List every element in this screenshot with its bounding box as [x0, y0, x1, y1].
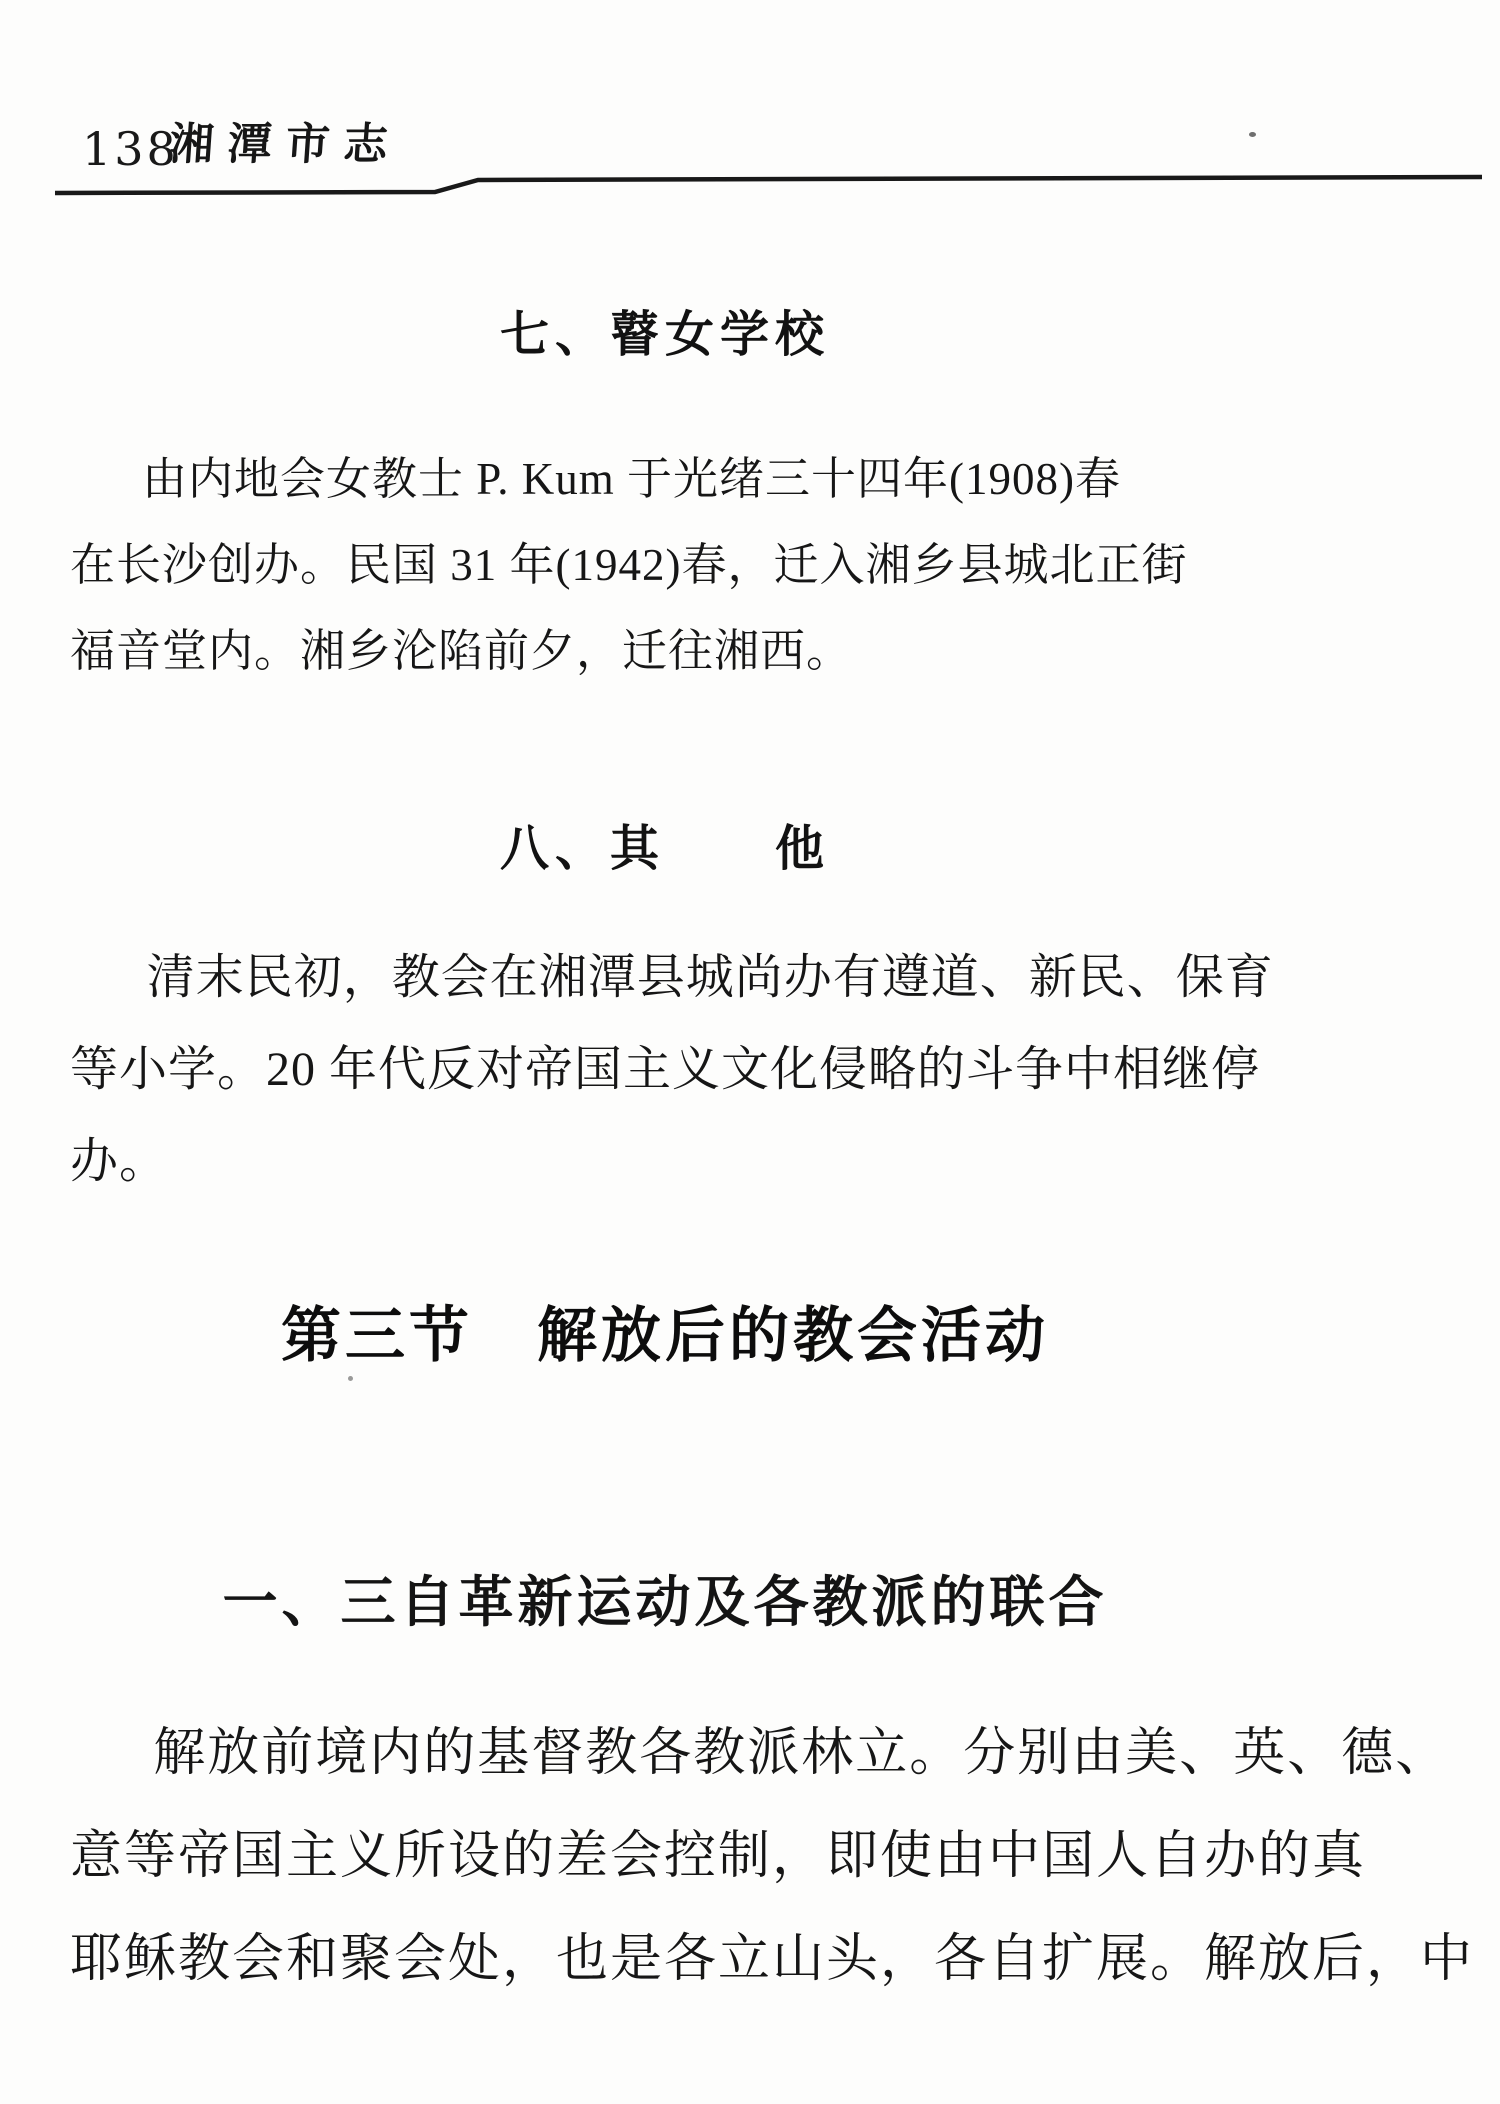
page-number: 138 [82, 122, 179, 176]
body-line: 等小学。20 年代反对帝国主义文化侵略的斗争中相继停 [70, 1024, 1274, 1116]
body-line: 由内地会女教士 P. Kum 于光绪三十四年(1908)春 [70, 436, 1187, 522]
heading-subsection-one: 一、三自革新运动及各教派的联合 [70, 1558, 1260, 1637]
book-title: 湘潭市志 [168, 108, 404, 172]
heading-section-three-title: 第三节 解放后的教会活动 [70, 1288, 1260, 1374]
header-rule [0, 172, 1500, 198]
paragraph-subsection-one: 解放前境内的基督教各教派林立。分别由美、英、德、 意等帝国主义所设的差会控制，即… [70, 1702, 1474, 2011]
body-line: 福音堂内。湘乡沦陷前夕，迁往湘西。 [70, 608, 1187, 694]
scan-speck [1249, 132, 1256, 137]
scanned-book-page: 138 湘潭市志 七、瞽女学校 由内地会女教士 P. Kum 于光绪三十四年(1… [0, 0, 1500, 2104]
body-line: 办。 [70, 1116, 1274, 1208]
body-line: 清末民初，教会在湘潭县城尚办有遵道、新民、保育 [70, 932, 1274, 1024]
body-line: 解放前境内的基督教各教派林立。分别由美、英、德、 [70, 1702, 1474, 1805]
body-line: 意等帝国主义所设的差会控制，即使由中国人自办的真 [70, 1805, 1474, 1908]
heading-section-eight: 八、其 他 [70, 810, 1260, 880]
heading-section-seven: 七、瞽女学校 [70, 296, 1260, 366]
paragraph-section-eight: 清末民初，教会在湘潭县城尚办有遵道、新民、保育 等小学。20 年代反对帝国主义文… [70, 932, 1274, 1208]
scan-speck [348, 1376, 353, 1381]
scan-speck [868, 1322, 872, 1326]
body-line: 耶稣教会和聚会处，也是各立山头，各自扩展。解放后，中 [70, 1908, 1474, 2011]
paragraph-section-seven: 由内地会女教士 P. Kum 于光绪三十四年(1908)春 在长沙创办。民国 3… [70, 436, 1187, 694]
body-line: 在长沙创办。民国 31 年(1942)春，迁入湘乡县城北正街 [70, 522, 1187, 608]
